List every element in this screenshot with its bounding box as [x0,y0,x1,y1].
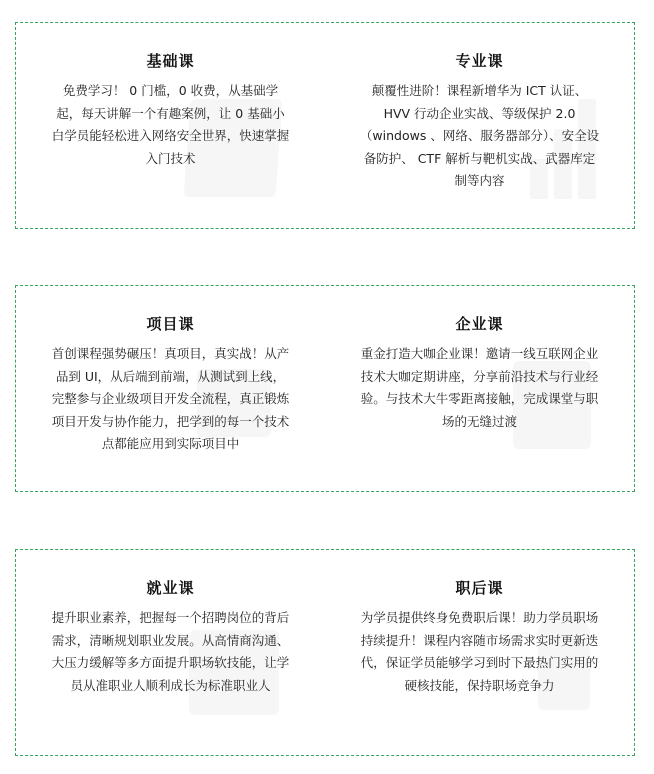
course-card-basic: 基础课 免费学习！ 0 门槛，0 收费，从基础学起，每天讲解一个有趣案例，让 0… [16,23,325,228]
card-title: 企业课 [455,314,503,334]
card-title: 就业课 [146,578,194,598]
card-description: 首创课程强势碾压！真项目，真实战！从产品到 UI，从后端到前端，从测试到上线，完… [51,343,291,456]
card-description: 为学员提供终身免费职后课！助力学员职场持续提升！课程内容随市场需求实时更新迭代，… [360,607,600,697]
card-title: 基础课 [146,51,194,71]
card-title: 专业课 [455,51,503,71]
course-card-employment: 就业课 提升职业素养，把握每一个招聘岗位的背后需求，清晰规划职业发展。从高情商沟… [16,550,325,755]
course-card-enterprise: 企业课 重金打造大咖企业课！邀请一线互联网企业技术大咖定期讲座，分享前沿技术与行… [325,286,634,491]
card-description: 提升职业素养，把握每一个招聘岗位的背后需求，清晰规划职业发展。从高情商沟通、大压… [51,607,291,697]
course-panel-2: 项目课 首创课程强势碾压！真项目，真实战！从产品到 UI，从后端到前端，从测试到… [15,285,635,492]
course-panel-3: 就业课 提升职业素养，把握每一个招聘岗位的背后需求，清晰规划职业发展。从高情商沟… [15,549,635,756]
course-card-professional: 专业课 颠覆性进阶！课程新增华为 ICT 认证、HVV 行动企业实战、等级保护 … [325,23,634,228]
card-title: 职后课 [455,578,503,598]
course-panel-1: 基础课 免费学习！ 0 门槛，0 收费，从基础学起，每天讲解一个有趣案例，让 0… [15,22,635,229]
course-card-project: 项目课 首创课程强势碾压！真项目，真实战！从产品到 UI，从后端到前端，从测试到… [16,286,325,491]
card-description: 颠覆性进阶！课程新增华为 ICT 认证、HVV 行动企业实战、等级保护 2.0（… [360,80,600,193]
card-description: 重金打造大咖企业课！邀请一线互联网企业技术大咖定期讲座，分享前沿技术与行业经验。… [360,343,600,433]
card-title: 项目课 [146,314,194,334]
course-card-post-employment: 职后课 为学员提供终身免费职后课！助力学员职场持续提升！课程内容随市场需求实时更… [325,550,634,755]
card-description: 免费学习！ 0 门槛，0 收费，从基础学起，每天讲解一个有趣案例，让 0 基础小… [51,80,291,170]
